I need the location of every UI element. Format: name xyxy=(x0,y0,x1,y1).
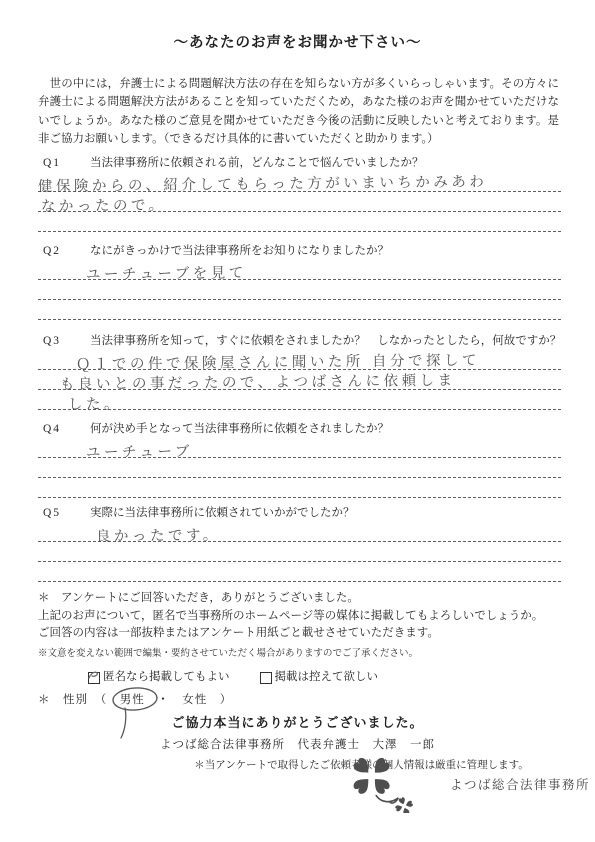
consent-checkbox-row: 匿名なら掲載してもよい 掲載は控えて欲しい xyxy=(38,669,561,687)
answer-line: も良いとの事だったので、よつばさんに依頼しま xyxy=(38,370,561,390)
answer-line: なかったので。 xyxy=(38,192,561,212)
question-head: Q3当法律事務所を知って，すぐに依頼をされましたか？ しなかったとしたら，何故で… xyxy=(38,334,561,349)
question-head: Q4何が決め手となって当法律事務所に依頼をされましたか？ xyxy=(38,422,561,437)
question-text: 何が決め手となって当法律事務所に依頼をされましたか？ xyxy=(90,423,389,435)
question-block-q5: Q5実際に当法律事務所に依頼されていかがでしたか？ 良かったです。 xyxy=(38,506,561,582)
answer-line xyxy=(38,212,561,232)
gender-row: ＊ 性別 （ 男性 ・ 女性 ） xyxy=(38,692,561,710)
answer-line: 良かったです。 xyxy=(38,522,561,542)
four-leaf-clover-icon xyxy=(350,755,428,813)
question-block-q2: Q2なにがきっかけで当法律事務所をお知りになりましたか？ ユーチューブを見て xyxy=(38,244,561,320)
question-block-q1: Q1当法律事務所に依頼される前，どんなことで悩んでいましたか？ 健保険からの、紹… xyxy=(38,156,561,232)
edit-note: ※文意を変えない範囲で編集・要約させていただく場合がありますのでご了承ください。 xyxy=(38,646,561,664)
question-head: Q1当法律事務所に依頼される前，どんなことで悩んでいましたか？ xyxy=(38,156,561,171)
gender-female-option: 女性 xyxy=(182,694,207,706)
checkbox-anonymous-ok[interactable]: 匿名なら掲載してもよい xyxy=(88,669,230,687)
question-id: Q5 xyxy=(38,506,90,521)
answer-line xyxy=(38,562,561,582)
checkbox-icon[interactable] xyxy=(260,672,272,684)
firm-signature: よつば総合法律事務所 代表弁護士 大澤 一郎 xyxy=(0,736,595,752)
answer-area: 良かったです。 xyxy=(38,522,561,582)
answer-area: 健保険からの、紹介してもらった方がいまいちかみあわ なかったので。 xyxy=(38,172,561,232)
handwritten-answer: した。 xyxy=(68,392,122,414)
question-head: Q2なにがきっかけで当法律事務所をお知りになりましたか？ xyxy=(38,244,561,259)
gender-separator: ・ xyxy=(145,694,183,706)
answer-line xyxy=(38,478,561,498)
handwritten-checkmark-icon xyxy=(85,666,107,688)
question-text: 実際に当法律事務所に依頼されていかがでしたか？ xyxy=(90,507,355,519)
page-title: ～あなたのお声をお聞かせ下さい～ xyxy=(0,31,595,52)
checkbox-label: 掲載は控えて欲しい xyxy=(275,669,379,687)
checkbox-label: 匿名なら掲載してもよい xyxy=(103,669,230,687)
intro-paragraph: 世の中には，弁護士による問題解決方法の存在を知らない方が多くいらっしゃいます。そ… xyxy=(38,75,559,149)
question-block-q3: Q3当法律事務所を知って，すぐに依頼をされましたか？ しなかったとしたら，何故で… xyxy=(38,334,561,410)
checkbox-decline[interactable]: 掲載は控えて欲しい xyxy=(260,669,379,687)
firm-logo: よつば総合法律事務所 xyxy=(350,755,590,813)
thanks-note: ＊ アンケートにご回答いただき，ありがとうございました。 xyxy=(38,590,561,608)
gender-male-option: 男性 xyxy=(120,692,145,710)
excerpt-note: ご回答の内容は一部抜粋またはアンケート用紙ごと載せさせていただきます。 xyxy=(38,625,561,643)
closing-thanks: ご協力本当にありがとうございました。 xyxy=(0,712,595,731)
checkbox-icon[interactable] xyxy=(88,672,100,684)
answer-area: ユーチューブを見て xyxy=(38,260,561,320)
questionnaire-page: ～あなたのお声をお聞かせ下さい～ 世の中には，弁護士による問題解決方法の存在を知… xyxy=(0,0,595,842)
answer-line: 健保険からの、紹介してもらった方がいまいちかみあわ xyxy=(38,172,561,192)
answer-line xyxy=(38,458,561,478)
question-text: 当法律事務所を知って，すぐに依頼をされましたか？ しなかったとしたら，何故ですか… xyxy=(90,335,561,347)
answer-line: ユーチューブ xyxy=(38,438,561,458)
answer-line: Ｑ１での件で保険屋さんに聞いた所 自分で探して xyxy=(38,350,561,370)
answer-line xyxy=(38,280,561,300)
answer-area: ユーチューブ xyxy=(38,438,561,498)
question-id: Q4 xyxy=(38,422,90,437)
consent-section: ＊ アンケートにご回答いただき，ありがとうございました。 上記のお声について，匿… xyxy=(38,590,561,709)
answer-line xyxy=(38,300,561,320)
gender-label: ＊ 性別 （ xyxy=(38,694,120,706)
answer-line xyxy=(38,542,561,562)
question-text: 当法律事務所に依頼される前，どんなことで悩んでいましたか？ xyxy=(90,157,424,169)
question-block-q4: Q4何が決め手となって当法律事務所に依頼をされましたか？ ユーチューブ xyxy=(38,422,561,498)
firm-logo-text: よつば総合法律事務所 xyxy=(450,775,590,793)
answer-line: ユーチューブを見て xyxy=(38,260,561,280)
question-head: Q5実際に当法律事務所に依頼されていかがでしたか？ xyxy=(38,506,561,521)
question-id: Q3 xyxy=(38,334,90,349)
gender-label-close: ） xyxy=(207,694,232,706)
publish-consent-text: 上記のお声について，匿名で当事務所のホームページ等の媒体に掲載してもよろしいでし… xyxy=(38,608,561,626)
answer-area: Ｑ１での件で保険屋さんに聞いた所 自分で探して も良いとの事だったので、よつばさ… xyxy=(38,350,561,410)
answer-line: した。 xyxy=(38,390,561,410)
question-text: なにがきっかけで当法律事務所をお知りになりましたか？ xyxy=(90,245,389,257)
question-id: Q1 xyxy=(38,156,90,171)
question-id: Q2 xyxy=(38,244,90,259)
